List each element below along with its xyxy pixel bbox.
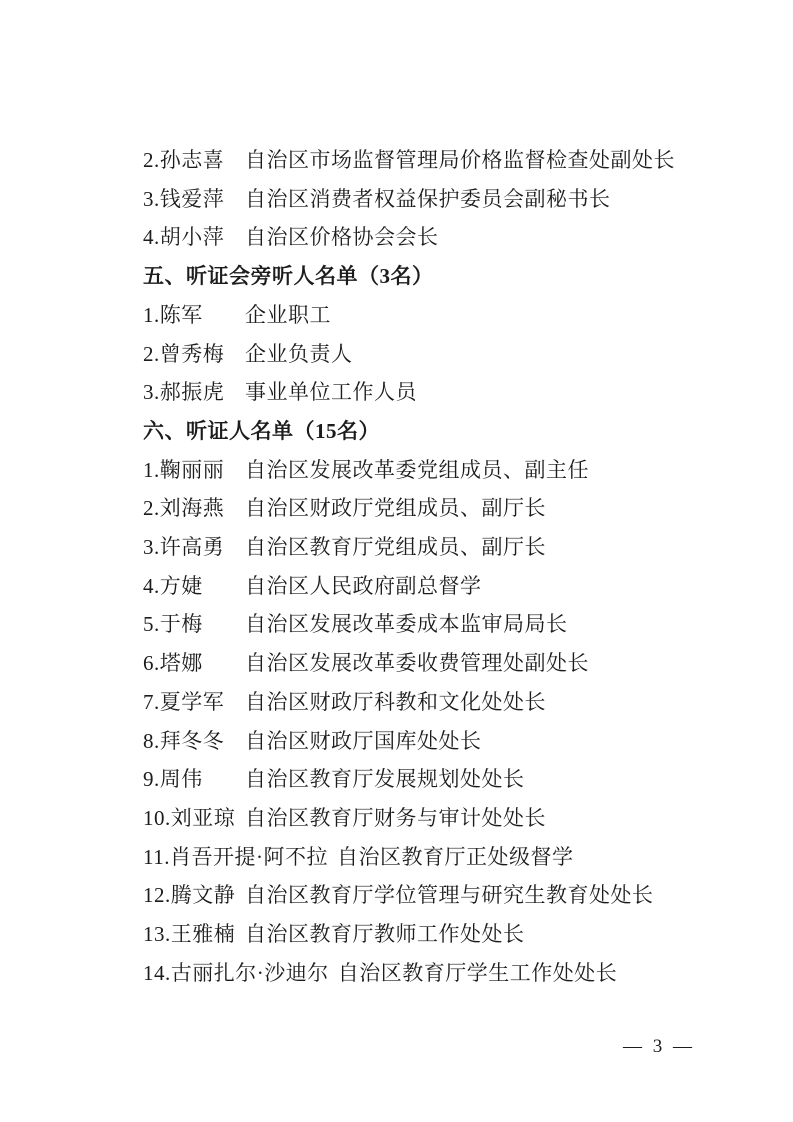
person-title: 自治区人民政府副总督学 xyxy=(245,567,482,606)
list-item: 6.塔娜 自治区发展改革委收费管理处副处长 xyxy=(143,644,733,683)
person-name: 4.方婕 xyxy=(143,567,236,606)
page-number: — 3 — xyxy=(623,1036,695,1058)
person-name: 9.周伟 xyxy=(143,760,236,799)
person-title: 自治区教育厅教师工作处处长 xyxy=(245,915,525,954)
list-item: 4.方婕 自治区人民政府副总督学 xyxy=(143,567,733,606)
person-name: 12.腾文静 xyxy=(143,876,236,915)
person-title: 自治区教育厅发展规划处处长 xyxy=(245,760,525,799)
list-item: 4.胡小萍 自治区价格协会会长 xyxy=(143,218,733,257)
person-title: 自治区教育厅学生工作处处长 xyxy=(338,954,618,993)
person-title: 企业职工 xyxy=(245,296,331,335)
person-name: 5.于梅 xyxy=(143,605,236,644)
list-item: 14.古丽扎尔·沙迪尔 自治区教育厅学生工作处处长 xyxy=(143,954,733,993)
person-name: 1.陈军 xyxy=(143,296,236,335)
list-item: 2.刘海燕 自治区财政厅党组成员、副厅长 xyxy=(143,489,733,528)
person-name: 13.王雅楠 xyxy=(143,915,236,954)
list-item: 3.郝振虎 事业单位工作人员 xyxy=(143,373,733,412)
person-name: 3.钱爱萍 xyxy=(143,180,236,219)
list-item: 2.孙志喜 自治区市场监督管理局价格监督检查处副处长 xyxy=(143,141,733,180)
person-title: 企业负责人 xyxy=(245,335,353,374)
list-item: 1.鞠丽丽 自治区发展改革委党组成员、副主任 xyxy=(143,451,733,490)
person-name: 2.曾秀梅 xyxy=(143,335,236,374)
person-title: 事业单位工作人员 xyxy=(245,373,417,412)
person-title: 自治区财政厅党组成员、副厅长 xyxy=(245,489,546,528)
person-title: 自治区消费者权益保护委员会副秘书长 xyxy=(245,180,611,219)
person-title: 自治区市场监督管理局价格监督检查处副处长 xyxy=(245,141,675,180)
document-page: 2.孙志喜 自治区市场监督管理局价格监督检查处副处长 3.钱爱萍 自治区消费者权… xyxy=(0,0,793,1122)
section-heading-hearing-participants: 六、听证人名单（15名） xyxy=(143,412,733,451)
list-item: 7.夏学军 自治区财政厅科教和文化处处长 xyxy=(143,683,733,722)
person-name: 8.拜冬冬 xyxy=(143,722,236,761)
list-item: 10.刘亚琼 自治区教育厅财务与审计处处长 xyxy=(143,799,733,838)
person-name: 2.刘海燕 xyxy=(143,489,236,528)
person-title: 自治区财政厅国库处处长 xyxy=(245,722,482,761)
person-name: 4.胡小萍 xyxy=(143,218,236,257)
list-item: 8.拜冬冬 自治区财政厅国库处处长 xyxy=(143,722,733,761)
person-title: 自治区价格协会会长 xyxy=(245,218,439,257)
person-title: 自治区发展改革委成本监审局局长 xyxy=(245,605,568,644)
document-body: 2.孙志喜 自治区市场监督管理局价格监督检查处副处长 3.钱爱萍 自治区消费者权… xyxy=(143,141,733,992)
person-name: 7.夏学军 xyxy=(143,683,236,722)
person-name: 11.肖吾开提·阿不拉 xyxy=(143,838,328,877)
list-item: 13.王雅楠 自治区教育厅教师工作处处长 xyxy=(143,915,733,954)
list-item: 9.周伟 自治区教育厅发展规划处处长 xyxy=(143,760,733,799)
list-item: 12.腾文静 自治区教育厅学位管理与研究生教育处处长 xyxy=(143,876,733,915)
person-title: 自治区教育厅正处级督学 xyxy=(337,838,574,877)
person-name: 3.郝振虎 xyxy=(143,373,236,412)
person-title: 自治区发展改革委党组成员、副主任 xyxy=(245,451,589,490)
list-item: 11.肖吾开提·阿不拉 自治区教育厅正处级督学 xyxy=(143,838,733,877)
list-item: 2.曾秀梅 企业负责人 xyxy=(143,335,733,374)
person-name: 6.塔娜 xyxy=(143,644,236,683)
person-name: 2.孙志喜 xyxy=(143,141,236,180)
person-title: 自治区教育厅财务与审计处处长 xyxy=(245,799,546,838)
person-name: 3.许高勇 xyxy=(143,528,236,567)
person-name: 14.古丽扎尔·沙迪尔 xyxy=(143,954,329,993)
person-title: 自治区教育厅党组成员、副厅长 xyxy=(245,528,546,567)
section-heading-observers: 五、听证会旁听人名单（3名） xyxy=(143,257,733,296)
person-name: 10.刘亚琼 xyxy=(143,799,236,838)
person-title: 自治区发展改革委收费管理处副处长 xyxy=(245,644,589,683)
person-title: 自治区财政厅科教和文化处处长 xyxy=(245,683,546,722)
person-title: 自治区教育厅学位管理与研究生教育处处长 xyxy=(245,876,654,915)
list-item: 3.钱爱萍 自治区消费者权益保护委员会副秘书长 xyxy=(143,180,733,219)
list-item: 3.许高勇 自治区教育厅党组成员、副厅长 xyxy=(143,528,733,567)
list-item: 1.陈军 企业职工 xyxy=(143,296,733,335)
person-name: 1.鞠丽丽 xyxy=(143,451,236,490)
list-item: 5.于梅 自治区发展改革委成本监审局局长 xyxy=(143,605,733,644)
